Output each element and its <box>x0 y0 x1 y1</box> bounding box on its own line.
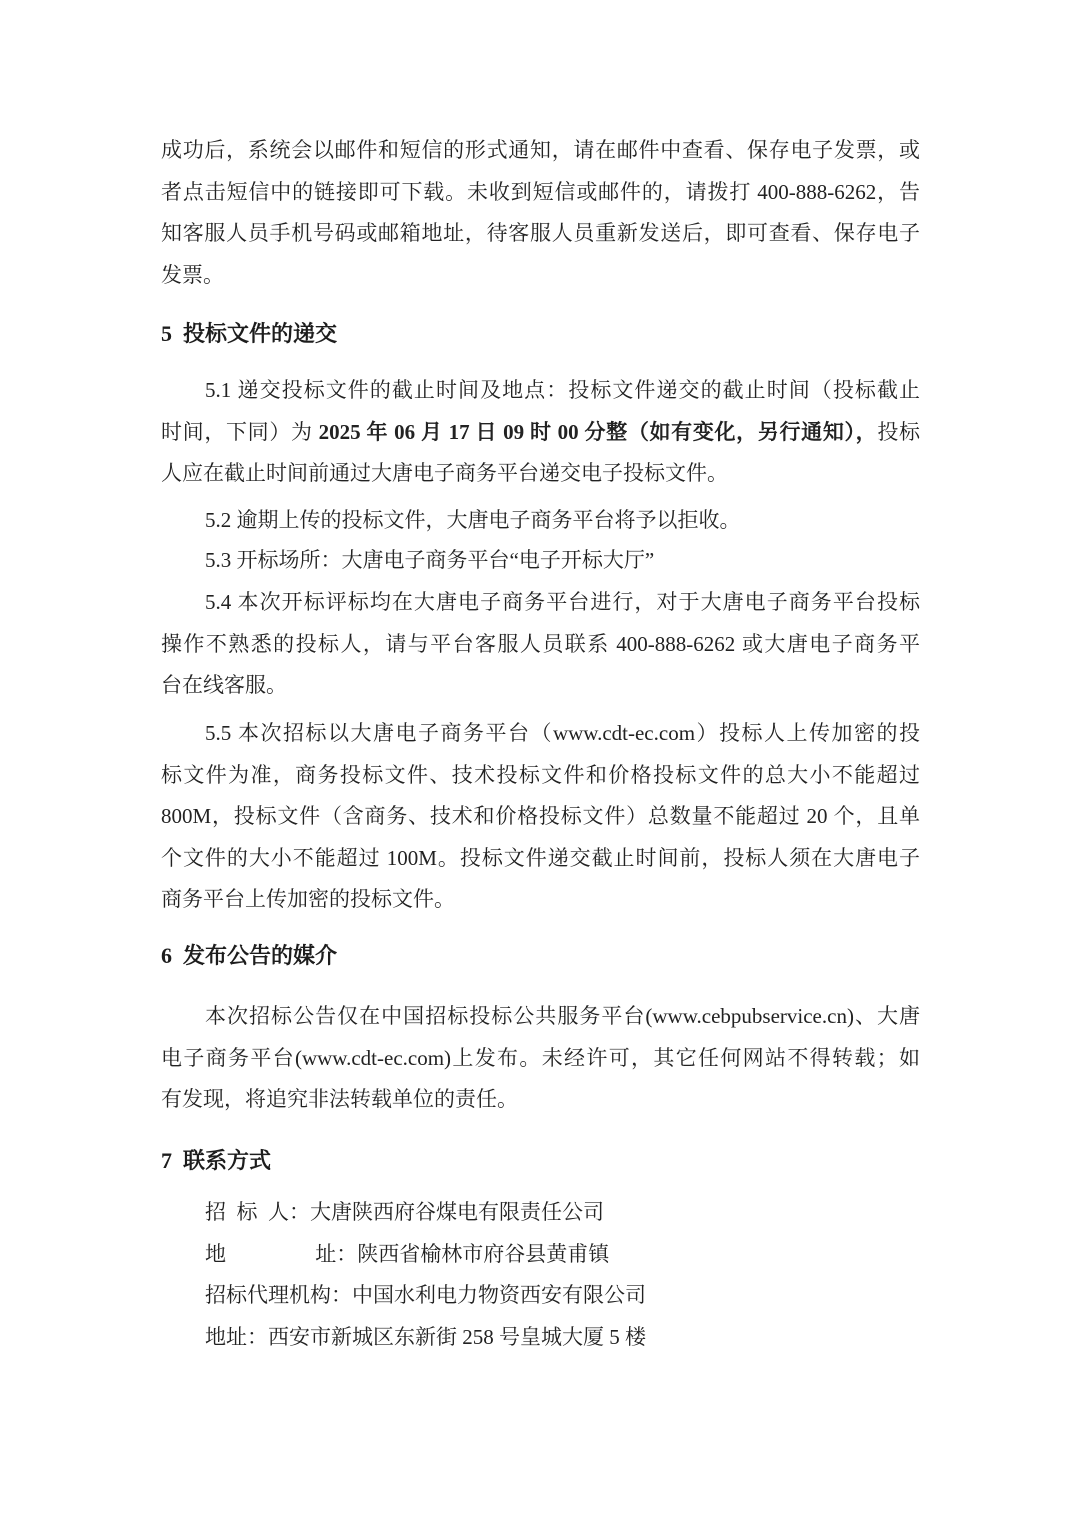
text-line: 成功后，系统会以邮件和短信的形式通知，请在邮件中查看、保存电子发票，或 <box>161 130 920 172</box>
text-line: 个文件的大小不能超过 100M。投标文件递交截止时间前，投标人须在大唐电子 <box>161 838 920 880</box>
text-line: 知客服人员手机号码或邮箱地址，待客服人员重新发送后，即可查看、保存电子 <box>161 213 920 255</box>
clause-5-3: 5.3 开标场所：大唐电子商务平台“电子开标大厅” <box>161 540 920 582</box>
text-segment: 投标 <box>877 420 920 444</box>
text-line: 5.5 本次招标以大唐电子商务平台（www.cdt-ec.com）投标人上传加密… <box>161 713 920 755</box>
text-line: 操作不熟悉的投标人，请与平台客服人员联系 400-888-6262 或大唐电子商… <box>161 624 920 666</box>
section-5-heading: 5 投标文件的递交 <box>161 313 920 355</box>
contact-line-tenderee-address: 地 址：陕西省榆林市府谷县黄甫镇 <box>161 1234 920 1276</box>
contact-list: 招 标 人：大唐陕西府谷煤电有限责任公司 地 址：陕西省榆林市府谷县黄甫镇 招标… <box>161 1192 920 1358</box>
clause-5-1: 5.1 递交投标文件的截止时间及地点：投标文件递交的截止时间（投标截止 时间，下… <box>161 370 920 495</box>
text-line: 5.3 开标场所：大唐电子商务平台“电子开标大厅” <box>161 540 920 582</box>
text-line: 人应在截止时间前通过大唐电子商务平台递交电子投标文件。 <box>161 453 920 495</box>
text-line: 时间，下同）为 2025 年 06 月 17 日 09 时 00 分整（如有变化… <box>161 412 920 454</box>
text-line: 电子商务平台(www.cdt-ec.com)上发布。未经许可，其它任何网站不得转… <box>161 1038 920 1080</box>
section-6-heading: 6 发布公告的媒介 <box>161 935 920 977</box>
text-line: 标文件为准，商务投标文件、技术投标文件和价格投标文件的总大小不能超过 <box>161 755 920 797</box>
contact-line-tenderee: 招 标 人：大唐陕西府谷煤电有限责任公司 <box>161 1192 920 1234</box>
text-line: 者点击短信中的链接即可下载。未收到短信或邮件的，请拨打 400-888-6262… <box>161 172 920 214</box>
text-line: 5.1 递交投标文件的截止时间及地点：投标文件递交的截止时间（投标截止 <box>161 370 920 412</box>
text-segment: 时间，下同）为 <box>161 420 319 444</box>
text-line: 台在线客服。 <box>161 665 920 707</box>
contact-line-agency: 招标代理机构：中国水利电力物资西安有限公司 <box>161 1275 920 1317</box>
text-line: 5.4 本次开标评标均在大唐电子商务平台进行，对于大唐电子商务平台投标 <box>161 582 920 624</box>
text-line: 发票。 <box>161 255 920 297</box>
clause-5-4: 5.4 本次开标评标均在大唐电子商务平台进行，对于大唐电子商务平台投标 操作不熟… <box>161 582 920 707</box>
deadline-text-bold: 2025 年 06 月 17 日 09 时 00 分整（如有变化，另行通知）， <box>319 420 878 444</box>
section-7-heading: 7 联系方式 <box>161 1140 920 1182</box>
clause-5-2: 5.2 逾期上传的投标文件，大唐电子商务平台将予以拒收。 <box>161 500 920 542</box>
clause-5-5: 5.5 本次招标以大唐电子商务平台（www.cdt-ec.com）投标人上传加密… <box>161 713 920 921</box>
text-line: 有发现，将追究非法转载单位的责任。 <box>161 1079 920 1121</box>
section-6-paragraph: 本次招标公告仅在中国招标投标公共服务平台(www.cebpubservice.c… <box>161 996 920 1121</box>
text-line: 5.2 逾期上传的投标文件，大唐电子商务平台将予以拒收。 <box>161 500 920 542</box>
text-line: 本次招标公告仅在中国招标投标公共服务平台(www.cebpubservice.c… <box>161 996 920 1038</box>
document-page: 成功后，系统会以邮件和短信的形式通知，请在邮件中查看、保存电子发票，或 者点击短… <box>0 0 1080 1528</box>
intro-paragraph: 成功后，系统会以邮件和短信的形式通知，请在邮件中查看、保存电子发票，或 者点击短… <box>161 130 920 296</box>
contact-line-agency-address: 地址：西安市新城区东新街 258 号皇城大厦 5 楼 <box>161 1317 920 1359</box>
text-line: 800M，投标文件（含商务、技术和价格投标文件）总数量不能超过 20 个，且单 <box>161 796 920 838</box>
text-line: 商务平台上传加密的投标文件。 <box>161 879 920 921</box>
